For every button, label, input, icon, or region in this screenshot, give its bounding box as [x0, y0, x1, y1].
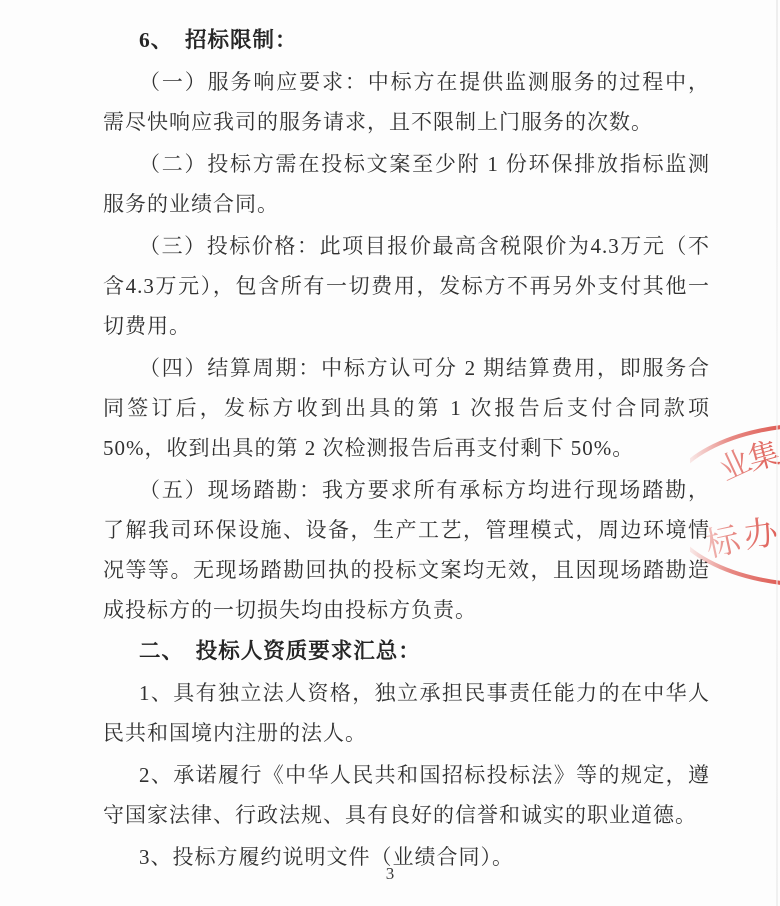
scanned-document-page: 6、 招标限制： （一）服务响应要求：中标方在提供监测服务的过程中，需尽快响应我…: [0, 0, 780, 906]
paragraph-performance-contract: （二）投标方需在投标文案至少附 1 份环保排放指标监测服务的业绩合同。: [103, 144, 710, 224]
scan-edge-artifact: [776, 0, 778, 906]
stamp-char-upper-2: 集: [744, 435, 780, 477]
paragraph-site-survey: （五）现场踏勘：我方要求所有承标方均进行现场踏勘，了解我司环保设施、设备，生产工…: [103, 470, 710, 630]
document-body: 6、 招标限制： （一）服务响应要求：中标方在提供监测服务的过程中，需尽快响应我…: [103, 19, 710, 877]
paragraph-settlement-cycle: （四）结算周期：中标方认可分 2 期结算费用，即服务合同签订后，发标方收到出具的…: [103, 348, 710, 468]
paragraph-qualification-2: 2、承诺履行《中华人民共和国招标投标法》等的规定，遵守国家法律、行政法规、具有良…: [103, 755, 710, 835]
paragraph-service-response: （一）服务响应要求：中标方在提供监测服务的过程中，需尽快响应我司的服务请求，且不…: [103, 62, 710, 142]
section-heading-bid-restrictions: 6、 招标限制：: [103, 20, 710, 60]
stamp-char-lower-2: 办: [741, 513, 780, 556]
paragraph-qualification-1: 1、具有独立法人资格，独立承担民事责任能力的在中华人民共和国境内注册的法人。: [103, 673, 710, 753]
paragraph-bid-price: （三）投标价格：此项目报价最高含税限价为4.3万元（不含4.3万元），包含所有一…: [103, 226, 710, 346]
page-number: 3: [0, 864, 780, 884]
stamp-char-upper-1: 业: [714, 443, 757, 488]
section-heading-bidder-qualifications: 二、 投标人资质要求汇总：: [103, 631, 710, 671]
